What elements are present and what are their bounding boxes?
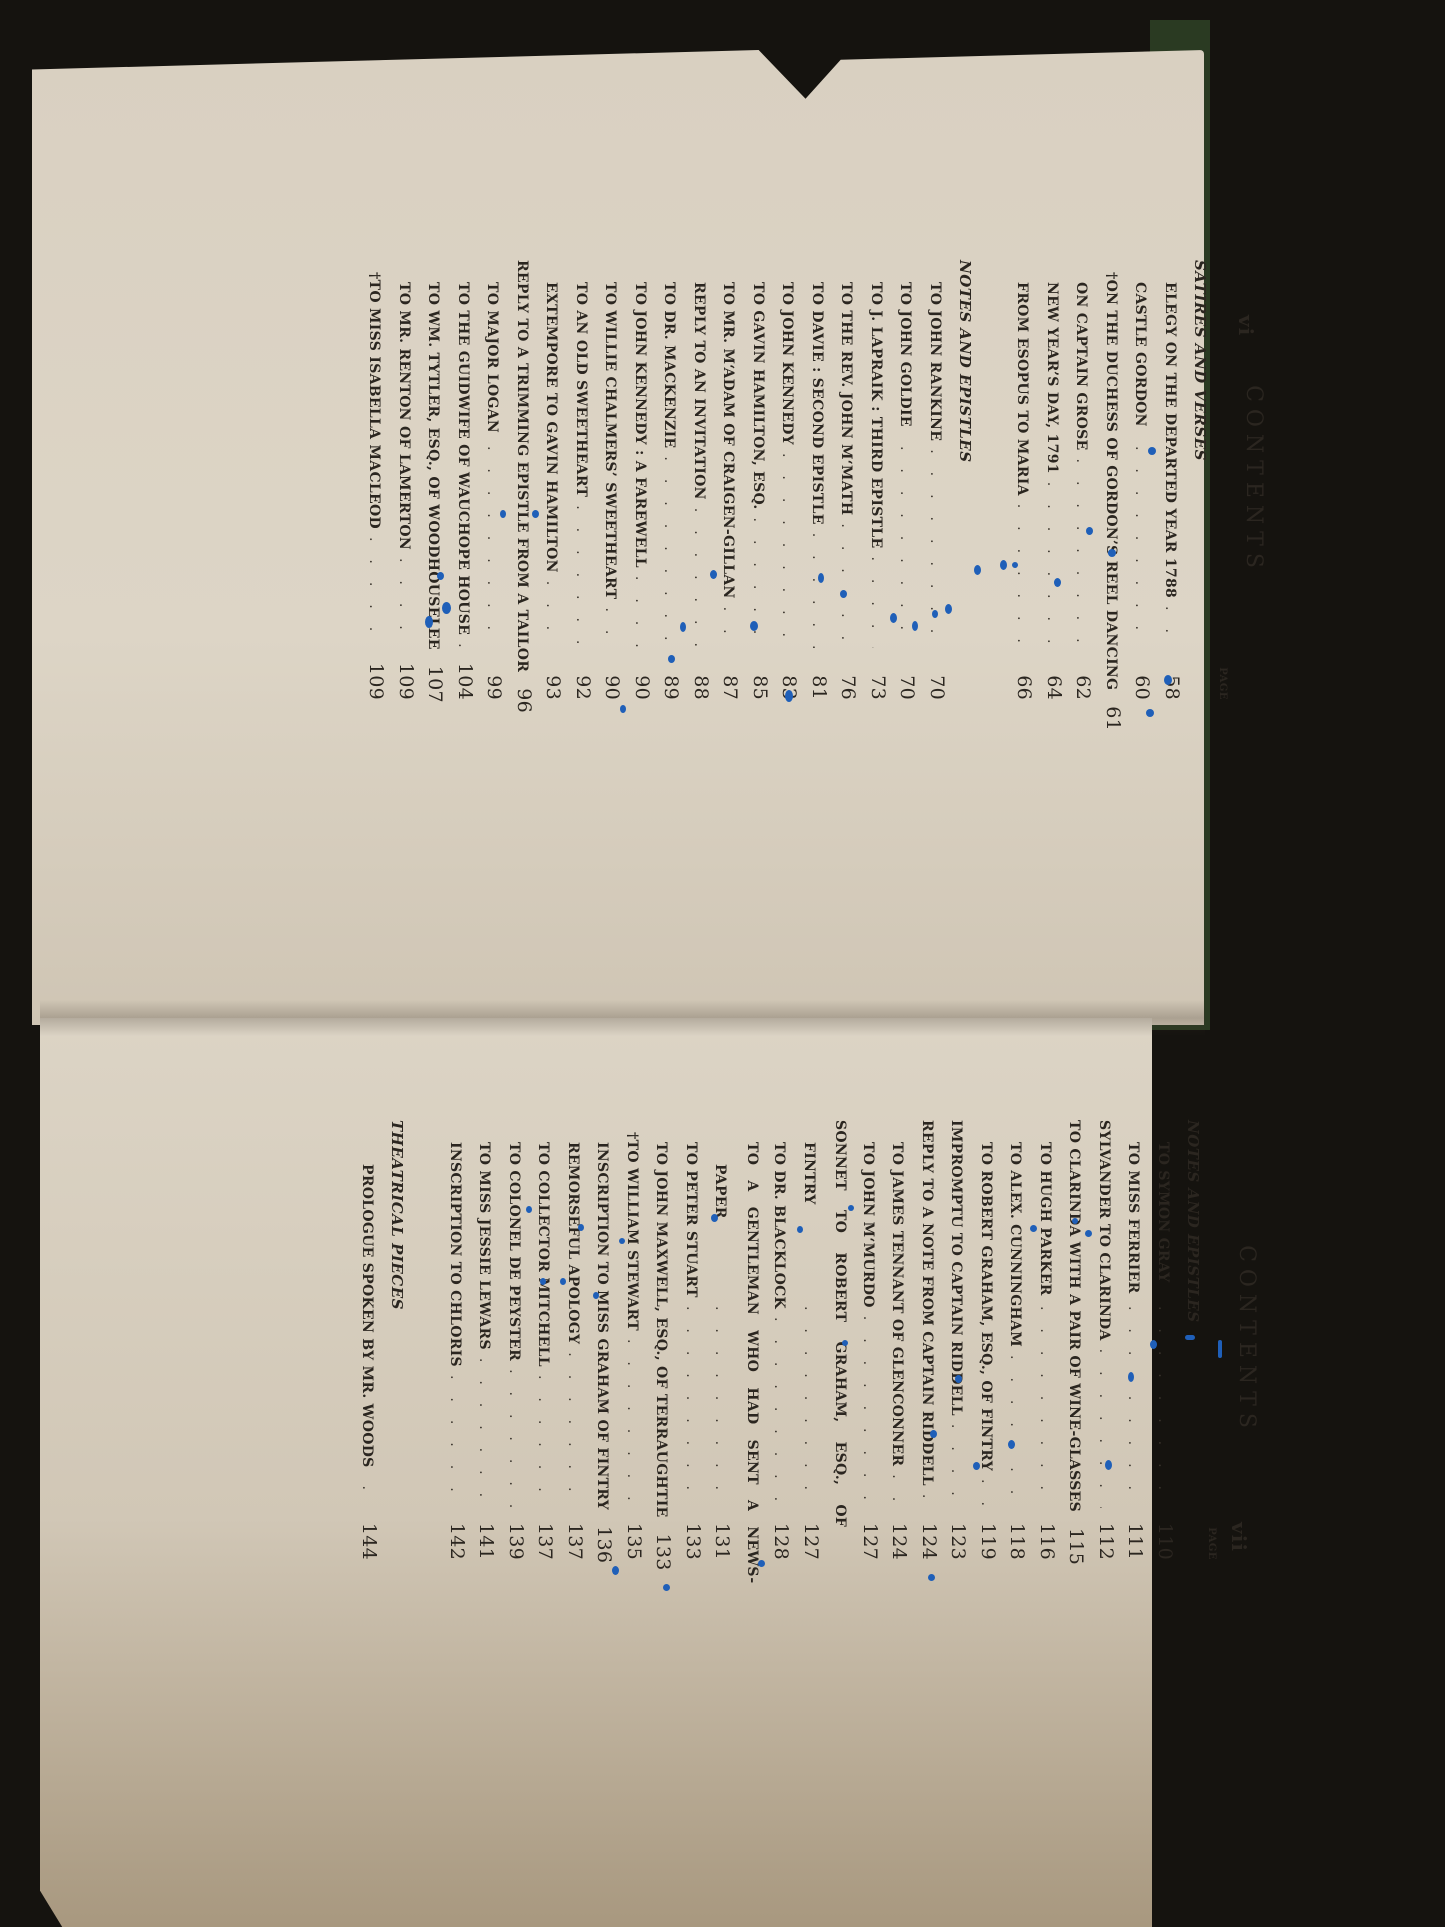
section-title: NOTES AND EPISTLES [951, 260, 979, 700]
pen-mark [750, 621, 758, 631]
pen-mark [437, 572, 444, 580]
toc-entry[interactable]: TO GAVIN HAMILTON, ESQ..........85 [745, 260, 775, 700]
pen-mark [1185, 1335, 1195, 1340]
page-column-label-left: PAGE [1217, 667, 1228, 700]
pen-mark [1012, 562, 1018, 568]
pen-mark [1030, 1225, 1037, 1232]
toc-entry[interactable]: TO WM. TYTLER, ESQ., OF WOODHOUSELEE....… [420, 260, 450, 700]
pen-mark [890, 613, 897, 623]
pen-mark [785, 690, 793, 702]
toc-entry[interactable]: TO DAVIE : SECOND EPISTLE.........81 [804, 260, 834, 700]
pen-mark [711, 1214, 718, 1222]
pen-mark [532, 510, 539, 518]
toc-entry[interactable]: REPLY TO A TRIMMING EPISTLE FROM A TAILO… [509, 260, 539, 700]
toc-entry[interactable]: TO CLARINDA WITH A PAIR OF WINE-GLASSES.… [1061, 1120, 1091, 1560]
running-head-left: CONTENTS [1241, 260, 1266, 700]
pen-mark [840, 590, 847, 598]
pen-mark [620, 705, 626, 713]
toc-entry[interactable]: TO JOHN KENNEDY : A FAREWELL.........90 [627, 260, 657, 700]
toc-entry[interactable]: TO THE GUIDWIFE OF WAUCHOPE HOUSE.......… [450, 260, 480, 700]
pen-mark [1085, 1230, 1092, 1237]
pen-mark [930, 1430, 937, 1438]
right-page: CONTENTS vii PAGE NOTES AND EPISTLES TO … [345, 1120, 1265, 1560]
toc-entry[interactable]: REPLY TO AN INVITATION.........88 [686, 260, 716, 700]
pen-mark [1054, 578, 1061, 587]
toc-entry[interactable]: TO WILLIE CHALMERS’ SWEETHEART.........9… [597, 260, 627, 700]
toc-entry[interactable]: IMPROMPTU TO CAPTAIN RIDDELL.........123 [943, 1120, 973, 1560]
pen-mark [680, 622, 686, 632]
pen-mark [710, 570, 717, 579]
pen-mark [1128, 1372, 1134, 1382]
toc-entry[interactable]: ON CAPTAIN GROSE.........62 [1068, 260, 1098, 700]
pen-mark [1148, 447, 1156, 455]
toc-entry-continuation[interactable]: PAPER.........131 [707, 1120, 737, 1560]
pen-mark [1108, 549, 1116, 557]
toc-entry[interactable]: TO COLLECTOR MITCHELL.........137 [530, 1120, 560, 1560]
pen-mark [928, 1574, 935, 1581]
toc-entry[interactable]: TO JOHN M‘MURDO.........127 [855, 1120, 885, 1560]
toc-right: NOTES AND EPISTLES TO SYMON GRAY........… [354, 1120, 1207, 1560]
pen-mark [526, 1206, 532, 1213]
toc-entry[interactable]: SYLVANDER TO CLARINDA.........112 [1091, 1120, 1121, 1560]
toc-entry-continuation[interactable]: FINTRY.........127 [796, 1120, 826, 1560]
toc-entry[interactable]: TO A GENTLEMAN WHO HAD SENT A NEWS- [737, 1120, 767, 1560]
pen-mark [912, 621, 918, 631]
toc-entry[interactable]: EXTEMPORE TO GAVIN HAMILTON.........93 [538, 260, 568, 700]
pen-mark [1164, 675, 1172, 685]
pen-mark [758, 1560, 765, 1567]
pen-mark [425, 616, 433, 628]
toc-entry[interactable]: TO JOHN MAXWELL, ESQ., OF TERRAUGHTIE.13… [648, 1120, 678, 1560]
pen-mark [578, 1224, 584, 1231]
toc-entry[interactable]: TO JAMES TENNANT OF GLENCONNER...124 [884, 1120, 914, 1560]
left-page: vi CONTENTS PAGE SATIRES AND VERSES ELEG… [350, 260, 1270, 700]
section-title: NOTES AND EPISTLES [1179, 1120, 1207, 1560]
toc-entry[interactable]: PROLOGUE SPOKEN BY MR. WOODS.144 [354, 1120, 384, 1560]
pen-mark [1086, 527, 1093, 535]
pen-mark [668, 655, 675, 663]
pen-mark [500, 510, 506, 518]
toc-left: SATIRES AND VERSES ELEGY ON THE DEPARTED… [361, 260, 1214, 700]
toc-entry[interactable]: INSCRIPTION TO MISS GRAHAM OF FINTRY.136 [589, 1120, 619, 1560]
toc-entry[interactable]: TO ROBERT GRAHAM, ESQ., OF FINTRY.......… [973, 1120, 1003, 1560]
toc-entry[interactable]: TO MISS FERRIER.........111 [1120, 1120, 1150, 1560]
toc-entry[interactable]: TO COLONEL DE PEYSTER.........139 [501, 1120, 531, 1560]
toc-entry[interactable]: †TO WILLIAM STEWART.........135 [619, 1120, 649, 1560]
toc-entry[interactable]: TO PETER STUART.........133 [678, 1120, 708, 1560]
toc-entry[interactable]: TO MAJOR LOGAN.........99 [479, 260, 509, 700]
pen-mark [1008, 1440, 1015, 1449]
toc-entry[interactable]: NEW YEAR’S DAY, 1791.........64 [1039, 260, 1069, 700]
toc-entry[interactable]: TO MISS JESSIE LEWARS.........141 [471, 1120, 501, 1560]
toc-entry[interactable]: TO HUGH PARKER.........116 [1032, 1120, 1062, 1560]
toc-entry[interactable]: TO ALEX. CUNNINGHAM.........118 [1002, 1120, 1032, 1560]
section-title: SATIRES AND VERSES [1186, 260, 1214, 700]
toc-entry[interactable]: CASTLE GORDON.........60 [1127, 260, 1157, 700]
pen-mark [842, 1340, 848, 1346]
pen-mark [818, 573, 824, 583]
toc-entry[interactable]: INSCRIPTION TO CHLORIS.........142 [442, 1120, 472, 1560]
toc-entry[interactable]: FROM ESOPUS TO MARIA.........66 [1009, 260, 1039, 700]
toc-entry[interactable]: TO JOHN GOLDIE.........70 [892, 260, 922, 700]
toc-entry[interactable]: †ON THE DUCHESS OF GORDON’S REEL DANCING… [1098, 260, 1128, 700]
toc-entry[interactable]: TO MR. RENTON OF LAMERTON.........109 [391, 260, 421, 700]
toc-entry[interactable]: TO THE REV. JOHN M‘MATH.........76 [833, 260, 863, 700]
pen-mark [797, 1226, 803, 1233]
toc-entry[interactable]: SONNET TO ROBERT GRAHAM, ESQ., OF [825, 1120, 855, 1560]
pen-mark [1072, 1218, 1078, 1224]
pen-mark [1000, 560, 1007, 570]
toc-entry[interactable]: ELEGY ON THE DEPARTED YEAR 1788.....58 [1157, 260, 1187, 700]
folio-right: vii [1227, 1522, 1251, 1552]
pen-mark [945, 604, 952, 614]
pen-mark [593, 1292, 599, 1299]
toc-entry[interactable]: TO JOHN KENNEDY.........83 [774, 260, 804, 700]
pen-mark [663, 1584, 670, 1591]
page-column-label-right: PAGE [1206, 1527, 1217, 1560]
running-head-right: CONTENTS [1234, 1120, 1259, 1560]
toc-entry[interactable]: †TO MISS ISABELLA MACLEOD.........109 [361, 260, 391, 700]
section-title: THEATRICAL PIECES [384, 1120, 412, 1560]
toc-entry[interactable]: TO DR. MACKENZIE.........89 [656, 260, 686, 700]
pen-mark [619, 1238, 625, 1244]
toc-entry[interactable]: REMORSEFUL APOLOGY.........137 [560, 1120, 590, 1560]
pen-mark [1150, 1340, 1157, 1349]
pen-mark [1146, 709, 1154, 717]
toc-entry[interactable]: TO JOHN RANKINE.........70 [922, 260, 952, 700]
toc-entry[interactable]: TO DR. BLACKLOCK.........128 [766, 1120, 796, 1560]
pen-mark [974, 565, 981, 575]
pen-mark [1218, 1340, 1222, 1358]
pen-mark [442, 602, 451, 614]
toc-entry[interactable]: TO MR. M‘ADAM OF CRAIGEN-GILLAN.........… [715, 260, 745, 700]
pen-mark [955, 1375, 962, 1383]
pen-mark [612, 1566, 619, 1575]
toc-entry[interactable]: REPLY TO A NOTE FROM CAPTAIN RIDDELL.124 [914, 1120, 944, 1560]
toc-entry[interactable]: TO AN OLD SWEETHEART.........92 [568, 260, 598, 700]
pen-mark [973, 1462, 980, 1470]
pen-mark [560, 1278, 566, 1285]
pen-mark [1105, 1460, 1112, 1470]
pen-mark [848, 1205, 854, 1211]
pen-mark [932, 610, 938, 618]
toc-entry[interactable]: TO J. LAPRAIK : THIRD EPISTLE.........73 [863, 260, 893, 700]
pen-mark [540, 1278, 546, 1285]
